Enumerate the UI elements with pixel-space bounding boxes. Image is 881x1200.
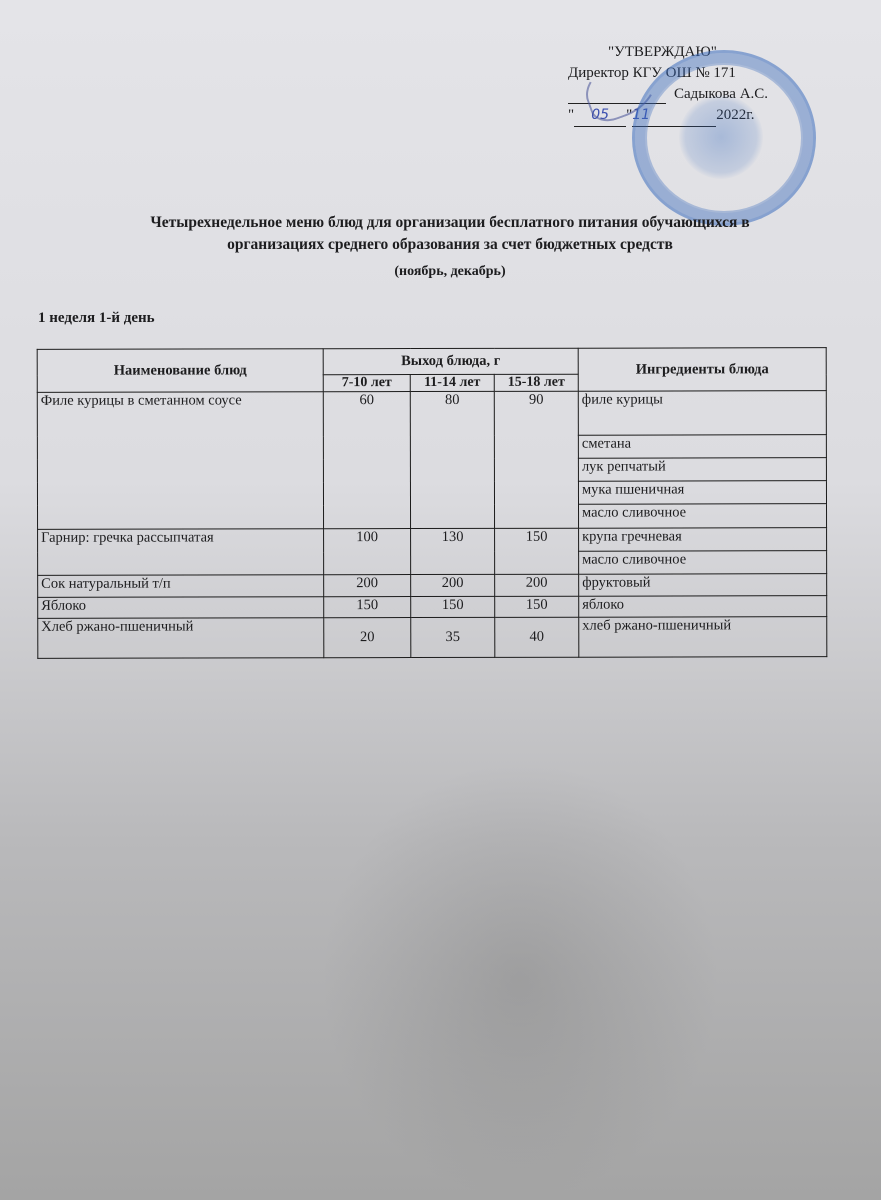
ingredient: мука пшеничная — [578, 481, 826, 505]
yield-15-18: 150 — [495, 596, 579, 617]
table-row: Сок натуральный т/п 200 200 200 фруктовы… — [38, 574, 827, 598]
yield-11-14: 35 — [411, 617, 495, 657]
ingredient: фруктовый — [579, 574, 827, 597]
approval-name: Садыкова А.С. — [568, 84, 808, 105]
table-row: Гарнир: гречка рассыпчатая 100 130 150 к… — [38, 528, 827, 553]
header-age-15-18: 15-18 лет — [494, 374, 578, 391]
yield-15-18: 150 — [495, 528, 579, 574]
day-heading: 1 неделя 1-й день — [38, 310, 155, 327]
header-age-11-14: 11-14 лет — [410, 374, 494, 391]
ingredient: лук репчатый — [578, 458, 826, 482]
dish-name: Гарнир: гречка рассыпчатая — [38, 529, 324, 576]
ingredient: филе курицы — [578, 391, 826, 436]
yield-15-18: 90 — [494, 391, 578, 528]
menu-table: Наименование блюд Выход блюда, г Ингреди… — [37, 347, 828, 659]
approval-heading: "УТВЕРЖДАЮ" — [568, 42, 808, 63]
ingredient: масло сливочное — [579, 551, 827, 575]
ingredient: хлеб ржано-пшеничный — [579, 617, 827, 658]
header-ingredients: Ингредиенты блюда — [578, 348, 826, 392]
ingredient: сметана — [578, 435, 826, 459]
approval-position: Директор КГУ ОШ № 171 — [568, 63, 808, 84]
yield-7-10: 100 — [324, 529, 411, 575]
yield-11-14: 80 — [410, 391, 494, 528]
date-month: 11 — [632, 105, 716, 127]
header-age-7-10: 7-10 лет — [323, 375, 410, 392]
yield-11-14: 130 — [411, 528, 495, 574]
yield-15-18: 200 — [495, 574, 579, 596]
yield-7-10: 20 — [324, 618, 411, 658]
yield-7-10: 200 — [324, 575, 411, 597]
dish-name: Сок натуральный т/п — [38, 575, 324, 598]
approval-date: "05"112022г. — [568, 105, 808, 127]
date-year: 2022г. — [716, 107, 754, 123]
yield-11-14: 200 — [411, 574, 495, 596]
table-row: Яблоко 150 150 150 яблоко — [38, 596, 827, 619]
date-day: 05 — [574, 105, 626, 127]
ingredient: крупа гречневая — [579, 528, 827, 552]
ingredient: масло сливочное — [579, 504, 827, 529]
yield-11-14: 150 — [411, 596, 495, 617]
document-title: Четырехнедельное меню блюд для организац… — [60, 212, 840, 256]
photo-shadow — [320, 760, 720, 1200]
header-dish: Наименование блюд — [37, 349, 323, 393]
dish-name: Филе курицы в сметанном соусе — [37, 392, 323, 530]
table-row: Филе курицы в сметанном соусе 60 80 90 ф… — [37, 391, 826, 437]
dish-name: Хлеб ржано-пшеничный — [38, 618, 324, 659]
document-period: (ноябрь, декабрь) — [60, 264, 840, 280]
table-row: Хлеб ржано-пшеничный 20 35 40 хлеб ржано… — [38, 617, 827, 659]
approval-block: "УТВЕРЖДАЮ" Директор КГУ ОШ № 171 Садыко… — [568, 42, 808, 127]
director-name: Садыкова А.С. — [674, 86, 768, 102]
ingredient: яблоко — [579, 596, 827, 618]
yield-15-18: 40 — [495, 617, 579, 657]
yield-7-10: 60 — [323, 392, 410, 529]
yield-7-10: 150 — [324, 597, 411, 618]
dish-name: Яблоко — [38, 597, 324, 619]
header-yield: Выход блюда, г — [323, 348, 578, 375]
